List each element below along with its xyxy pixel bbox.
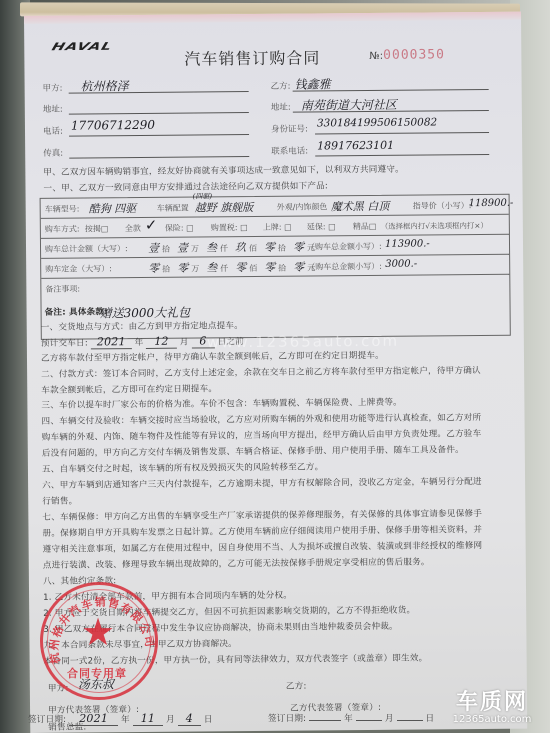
term-4a: 四、车辆交付及验收：车辆交接时应当场验收，乙方应对所购车辆的外观和使用功能等进行… (41, 411, 481, 427)
site-watermark: 车质网 12365auto.com (440, 692, 544, 725)
option-insurance[interactable]: 保险: □ (165, 223, 194, 234)
deposit-label: 购车定金（大写）: (45, 263, 112, 275)
sign-party-b-label: 乙方: (286, 680, 307, 692)
amount-digit: 零 (264, 241, 275, 254)
phone-a-value: 17706712290 (71, 118, 155, 133)
amount-digit: 零 (293, 241, 304, 254)
intro-line-1: 甲、乙双方因车辆购销事宜，经友好协商就有关事项达成一致意见如下，以利双方共同遵守… (43, 163, 404, 178)
total-label: 购车总计金额（大写）: (45, 243, 128, 255)
sign-month-b[interactable] (356, 720, 382, 721)
serial-number: №:0000350 (369, 47, 445, 63)
delivery-year: 2021 (91, 335, 132, 349)
amount-unit: 仟 (220, 244, 228, 253)
sign-date-a: 签订日期: 2021 年 11 月 4 日 (28, 712, 213, 725)
option-purchase-tax[interactable]: 购置税: □ (211, 222, 248, 233)
term-1: 一、交货地点与方式：由乙方到甲方指定地点提车。 (41, 319, 243, 333)
contact-b-label: 联系电话: (271, 145, 308, 157)
total-lower-label: （购车总金额小写）: (307, 241, 382, 253)
amount-digit: 零 (264, 261, 275, 274)
party-a-label: 甲方: (43, 82, 63, 94)
intro-line-2: 一、甲、乙双方一致同意由甲方安排通过合法途径向乙双方提供如下产品: (43, 179, 328, 193)
address-b-label: 地址: (271, 101, 291, 113)
term-7c: 遵守相关注意事项，如属乙方在使用过程中，因自身使用不当、人为损坏或擅自改装、装潢… (43, 539, 483, 555)
deposit-lower-value: 3000.- (385, 259, 417, 270)
phone-a-label: 电话: (43, 125, 63, 137)
id-b-label: 身份证号: (271, 123, 308, 135)
amount-digit: 壹 (148, 242, 159, 255)
center-watermark: www.12365auto.com (207, 332, 399, 352)
option-accessories[interactable]: 精品□ (353, 221, 377, 232)
term-4b: 购车辆的外观、内饰、随车物件及性能等有异议的，应当场向甲方提出，经甲方确认后由甲… (42, 427, 482, 443)
contract-title: 汽车销售订购合同 (184, 45, 320, 69)
notes-label: 备注事项: (45, 284, 80, 295)
year-unit-b: 年 (344, 714, 353, 724)
amount-digit: 叁 (206, 261, 217, 274)
month-unit-b: 月 (385, 714, 394, 724)
purchase-method-label: 购车方式: (45, 224, 80, 235)
amount-digit: 零 (177, 262, 188, 275)
deposit-uppercase: 零拾零万叁仟零佰零拾零元 (145, 258, 319, 276)
amount-digit: 零 (293, 261, 304, 274)
delivery-prefix: 预计交车日: (41, 338, 88, 348)
term-4c: 后没有问题的，甲方向乙方交付车辆及销售发票、车辆合格证、保修手册、用户使用手册、… (42, 443, 464, 459)
amount-unit: 佰 (249, 264, 257, 273)
amount-digit: 壹 (177, 242, 188, 255)
total-lower-value: 113900.- (385, 238, 430, 249)
sign-day-a: 4 (178, 712, 201, 726)
config-value: 越野 旗舰版 (195, 199, 254, 216)
amount-unit: 仟 (220, 264, 228, 273)
day-unit-a: 日 (204, 715, 213, 725)
amount-digit: 叁 (206, 241, 217, 254)
day-unit-b: 日 (426, 714, 435, 724)
term-7d: 点进行装潢、改装、修理导致车辆出现故障的，乙方可能无法按保修手册规定享受相应的售… (43, 555, 430, 570)
watermark-brand: 车质网 (440, 692, 544, 714)
serial-label: №: (369, 51, 383, 62)
guide-price-value: 118900.- (469, 198, 514, 209)
year-unit: 年 (135, 338, 144, 348)
amount-digit: 零 (235, 261, 246, 274)
model-label: 车辆型号: (45, 204, 80, 215)
year-unit-a: 年 (121, 715, 130, 725)
model-value: 酷狗 四驱 (89, 200, 137, 216)
amount-unit: 万 (191, 244, 199, 253)
color-value: 魔术黑 白顶 (331, 198, 390, 215)
month-unit: 月 (180, 338, 189, 348)
month-unit-a: 月 (166, 715, 175, 725)
option-plate[interactable]: 上牌: □ (263, 222, 292, 233)
watermark-url: 12365auto.com (440, 714, 544, 725)
amount-unit: 万 (191, 264, 199, 273)
option-extended-warranty[interactable]: 延保: □ (307, 221, 336, 232)
product-table: 车辆型号: 酷狗 四驱 车辆配置 (四驱) 越野 旗舰版 外观/内饰颜色 魔术黑… (40, 194, 511, 340)
guide-price-label: 指导价（小写）: (413, 200, 472, 212)
sign-month-a: 11 (133, 712, 163, 726)
sign-date-b-label: 签订日期: (268, 714, 306, 724)
party-b-value: 钱鑫雅 (295, 75, 331, 92)
address-b-value: 南苑街道大河社区 (301, 96, 397, 114)
amount-unit: 拾 (278, 244, 286, 253)
party-a-value: 杭州格泽 (81, 77, 129, 94)
sign-year-a: 2021 (69, 712, 118, 726)
delivery-month: 12 (146, 335, 177, 349)
term-5: 五、自车辆交付之时起，该车辆的所有权及毁损灭失的风险转移至乙方。 (42, 460, 324, 474)
serial-value: 0000350 (383, 47, 445, 63)
option-mortgage[interactable]: 按揭□ (85, 223, 109, 234)
term-2b: 车款全额到帐后，乙方即可在约定日期提车。 (41, 382, 217, 396)
term-3: 三、车价以提车时厂家公布的价格为准。车价不包含：车辆购置税、车辆保险费、上牌费等… (41, 396, 402, 411)
amount-unit: 拾 (162, 245, 170, 254)
color-label: 外观/内饰颜色 (277, 201, 328, 212)
id-b-value: 330184199506150082 (317, 116, 437, 129)
fax-a-label: 传真: (43, 147, 63, 159)
terms-heading: 备注: 具体条款: (45, 305, 108, 318)
haval-logo: HAVAL (50, 40, 114, 53)
config-label: 车辆配置 (157, 203, 189, 214)
term-7b: 册。保修期自甲方开具购车发票之日起计算。乙方使用车辆前应仔细阅读用户使用手册、保… (42, 523, 482, 539)
amount-unit: 拾 (278, 264, 286, 273)
company-seal-stamp: 杭州格井汽车销售有限公司 ★ 合同专用章 (40, 582, 158, 700)
amount-digit: 零 (148, 262, 159, 275)
address-a-field[interactable] (69, 99, 249, 115)
purchase-note: （选择框内打√未选项框内打×） (381, 220, 488, 232)
total-uppercase: 壹拾壹万叁仟玖佰零拾零元 (145, 238, 319, 256)
term-6b: 行销售。 (42, 495, 77, 507)
term-7a: 七、车辆保修：甲方向乙方出售的车辆享受生产厂家承诺提供的保养修理服务，有关保修的… (42, 507, 482, 523)
party-b-label: 乙方: (271, 80, 291, 92)
option-full-payment[interactable]: 全款 (125, 223, 141, 234)
stamp-center-text: 合同专用章 (67, 665, 127, 681)
term-6a: 六、甲方车辆到店通知客户三天内付款提车，乙方逾期未提，甲方有权解除合同，没收乙方… (42, 475, 482, 491)
amount-unit: 佰 (249, 244, 257, 253)
sign-date-b: 签订日期: 年 月 日 (268, 712, 434, 724)
address-a-label: 地址: (43, 103, 63, 115)
sign-day-b[interactable] (397, 720, 423, 721)
sign-date-a-label: 签订日期: (28, 715, 66, 725)
contact-b-value: 18917623101 (317, 139, 394, 153)
sign-year-b[interactable] (309, 720, 341, 721)
star-icon: ★ (81, 613, 115, 651)
amount-unit: 拾 (162, 265, 170, 274)
amount-digit: 玖 (235, 241, 246, 254)
deposit-lower-label: （购车总金额小写）: (307, 261, 382, 273)
term-2a: 二、付款方式：签订本合同时，乙方支付上述定金，余款在交车日之前乙方将车款付至甲方… (41, 364, 481, 380)
fax-a-field[interactable] (69, 143, 249, 159)
checkmark-icon: ✓ (145, 216, 158, 234)
